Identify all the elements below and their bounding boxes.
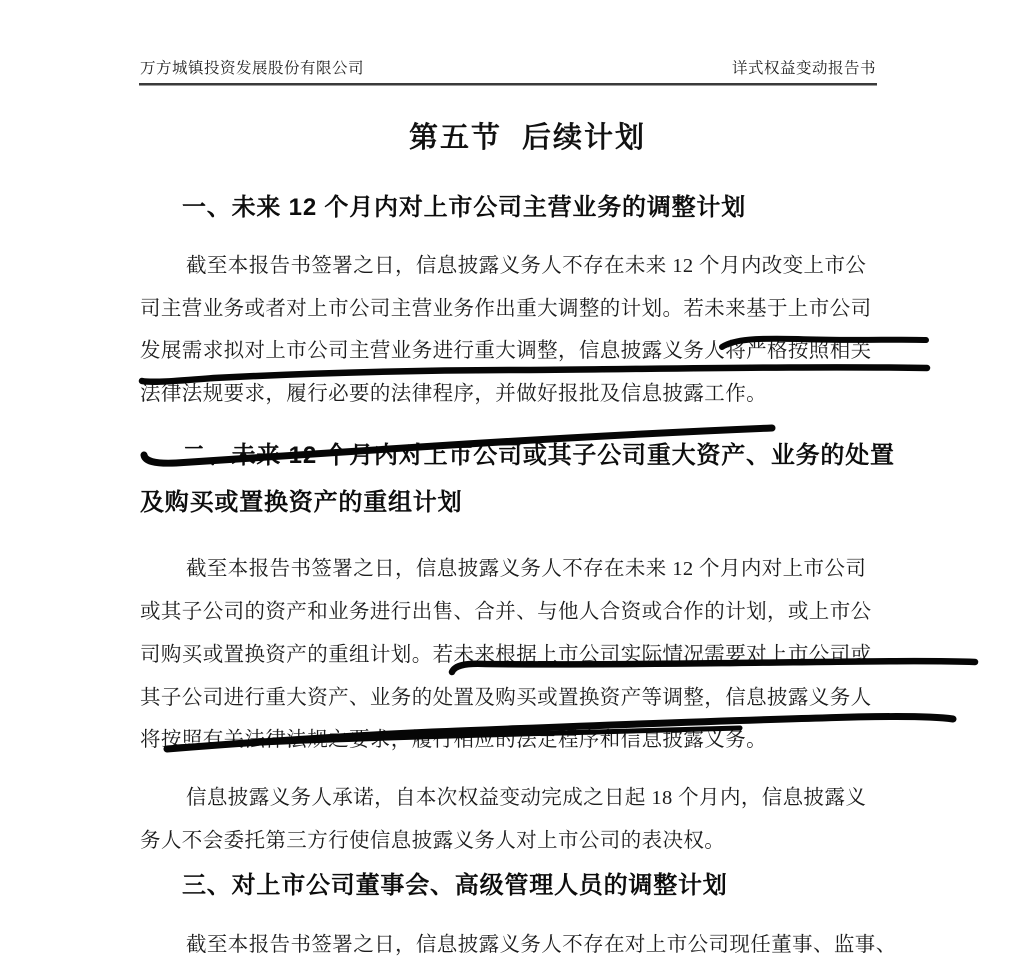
paragraph-line: 信息披露义务人承诺，自本次权益变动完成之日起 18 个月内，信息披露义 (140, 784, 923, 812)
header-doc-type: 详式权益变动报告书 (732, 58, 876, 80)
paragraph-line: 司主营业务或者对上市公司主营业务作出重大调整的计划。若未来基于上市公司 (140, 295, 877, 323)
paragraph-line: 务人不会委托第三方行使信息披露义务人对上市公司的表决权。 (140, 827, 877, 855)
paragraph-line: 或其子公司的资产和业务进行出售、合并、与他人合资或合作的计划，或上市公 (140, 598, 877, 626)
section-3-heading: 三、对上市公司董事会、高级管理人员的调整计划 (140, 871, 942, 901)
section-1-heading: 一、未来 12 个月内对上市公司主营业务的调整计划 (140, 193, 942, 223)
paragraph-line: 其子公司进行重大资产、业务的处置及购买或置换资产等调整，信息披露义务人 (140, 684, 877, 712)
page-title: 第五节 后续计划 (140, 120, 877, 156)
document-page: 万方城镇投资发展股份有限公司 详式权益变动报告书 第五节 后续计划 一、未来 1… (0, 0, 1024, 957)
header-company-name: 万方城镇投资发展股份有限公司 (140, 58, 364, 80)
paragraph-line: 将按照有关法律法规之要求，履行相应的法定程序和信息披露义务。 (140, 726, 877, 754)
section-2-heading-line-2: 及购买或置换资产的重组计划 (140, 488, 900, 518)
paragraph-line: 截至本报告书签署之日，信息披露义务人不存在对上市公司现任董事、监事、 (140, 931, 923, 957)
paragraph-line: 司购买或置换资产的重组计划。若未来根据上市公司实际情况需要对上市公司或 (140, 641, 877, 669)
paragraph-line: 截至本报告书签署之日，信息披露义务人不存在未来 12 个月内对上市公司 (140, 555, 923, 583)
paragraph-line: 截至本报告书签署之日，信息披露义务人不存在未来 12 个月内改变上市公 (140, 252, 923, 280)
paragraph-line: 法律法规要求，履行必要的法律程序，并做好报批及信息披露工作。 (140, 380, 877, 408)
section-2-heading-line-1: 二、未来 12 个月内对上市公司或其子公司重大资产、业务的处置 (140, 441, 942, 471)
header-rule (139, 83, 877, 86)
paragraph-line: 发展需求拟对上市公司主营业务进行重大调整，信息披露义务人将严格按照相关 (140, 337, 877, 365)
